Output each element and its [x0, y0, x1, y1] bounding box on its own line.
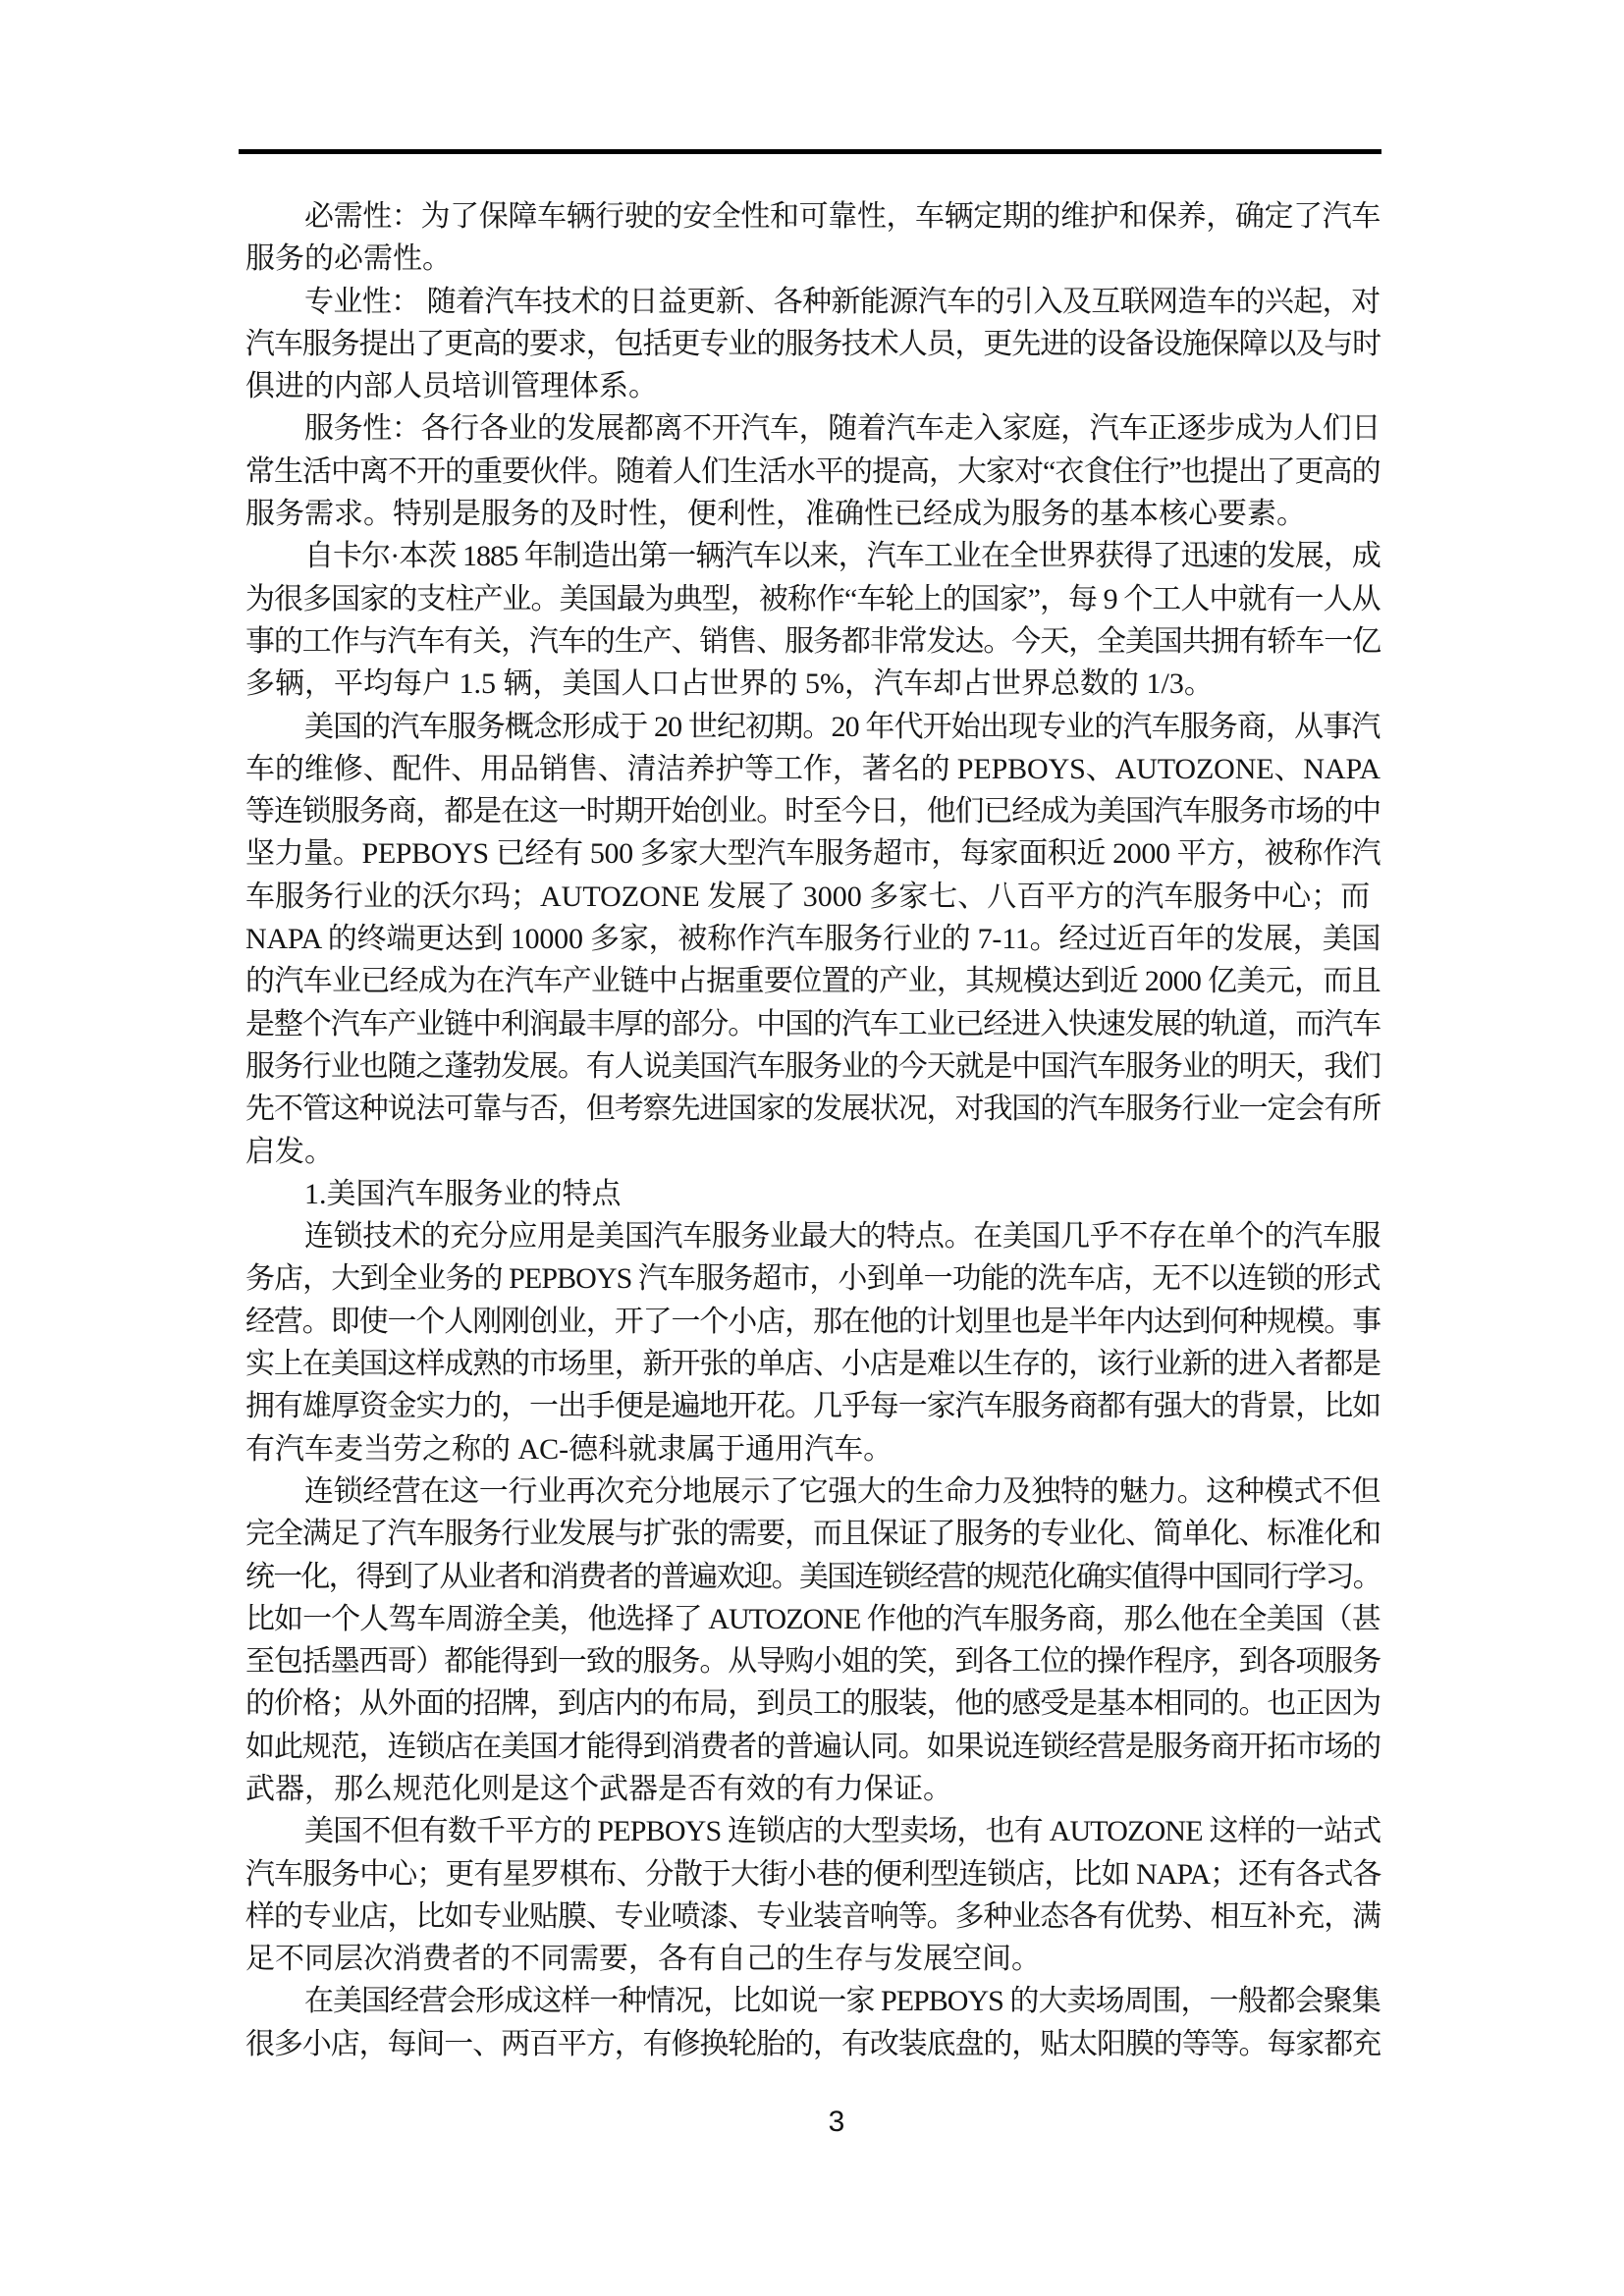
text-line: 经营。即使一个人刚刚创业，开了一个小店，那在他的计划里也是半年内达到何种规模。事: [245, 1301, 1380, 1343]
text-line: 俱进的内部人员培训管理体系。: [245, 365, 1380, 407]
text-line: 专业性： 随着汽车技术的日益更新、各种新能源汽车的引入及互联网造车的兴起，对: [245, 281, 1380, 323]
text-line: 1.美国汽车服务业的特点: [245, 1173, 1380, 1215]
text-line: 在美国经营会形成这样一种情况，比如说一家 PEPBOYS 的大卖场周围，一般都会…: [245, 1980, 1380, 2022]
text-line: 坚力量。PEPBOYS 已经有 500 多家大型汽车服务超市，每家面积近 200…: [245, 832, 1380, 875]
text-line: 启发。: [245, 1131, 1380, 1173]
text-line: 的汽车业已经成为在汽车产业链中占据重要位置的产业，其规模达到近 2000 亿美元…: [245, 960, 1380, 1002]
text-line: 汽车服务中心；更有星罗棋布、分散于大街小巷的便利型连锁店，比如 NAPA；还有各…: [245, 1853, 1380, 1896]
text-line: 很多小店，每间一、两百平方，有修换轮胎的，有改装底盘的，贴太阳膜的等等。每家都充: [245, 2023, 1380, 2065]
text-line: 先不管这种说法可靠与否，但考察先进国家的发展状况，对我国的汽车服务行业一定会有所: [245, 1088, 1380, 1130]
body-text: 必需性：为了保障车辆行驶的安全性和可靠性，车辆定期的维护和保养，确定了汽车服务的…: [245, 195, 1380, 2065]
text-line: 比如一个人驾车周游全美，他选择了 AUTOZONE 作他的汽车服务商，那么他在全…: [245, 1598, 1380, 1640]
text-line: 必需性：为了保障车辆行驶的安全性和可靠性，车辆定期的维护和保养，确定了汽车: [245, 195, 1380, 238]
text-line: 足不同层次消费者的不同需要，各有自己的生存与发展空间。: [245, 1938, 1380, 1980]
text-line: 拥有雄厚资金实力的，一出手便是遍地开花。几乎每一家汽车服务商都有强大的背景，比如: [245, 1385, 1380, 1427]
text-line: 车服务行业的沃尔玛；AUTOZONE 发展了 3000 多家七、八百平方的汽车服…: [245, 876, 1380, 918]
text-line: 汽车服务提出了更高的要求，包括更专业的服务技术人员，更先进的设备设施保障以及与时: [245, 323, 1380, 365]
text-line: 为很多国家的支柱产业。美国最为典型，被称作“车轮上的国家”，每 9 个工人中就有…: [245, 578, 1380, 620]
text-line: 实上在美国这样成熟的市场里，新开张的单店、小店是难以生存的，该行业新的进入者都是: [245, 1343, 1380, 1385]
page-number: 3: [265, 2101, 1408, 2143]
text-line: 多辆，平均每户 1.5 辆，美国人口占世界的 5%，汽车却占世界总数的 1/3。: [245, 663, 1380, 705]
text-line: 统一化，得到了从业者和消费者的普遍欢迎。美国连锁经营的规范化确实值得中国同行学习…: [245, 1556, 1380, 1598]
text-line: 武器，那么规范化则是这个武器是否有效的有力保证。: [245, 1768, 1380, 1810]
text-line: 至包括墨西哥）都能得到一致的服务。从导购小姐的笑，到各工位的操作程序，到各项服务: [245, 1640, 1380, 1682]
document-page: 必需性：为了保障车辆行驶的安全性和可靠性，车辆定期的维护和保养，确定了汽车服务的…: [0, 0, 1624, 2296]
text-line: 连锁技术的充分应用是美国汽车服务业最大的特点。在美国几乎不存在单个的汽车服: [245, 1215, 1380, 1257]
text-line: 事的工作与汽车有关，汽车的生产、销售、服务都非常发达。今天，全美国共拥有轿车一亿: [245, 620, 1380, 663]
text-line: 服务行业也随之蓬勃发展。有人说美国汽车服务业的今天就是中国汽车服务业的明天，我们: [245, 1045, 1380, 1088]
text-line: 服务需求。特别是服务的及时性，便利性，准确性已经成为服务的基本核心要素。: [245, 493, 1380, 535]
text-line: 美国的汽车服务概念形成于 20 世纪初期。20 年代开始出现专业的汽车服务商，从…: [245, 706, 1380, 748]
text-line: 车的维修、配件、用品销售、清洁养护等工作，著名的 PEPBOYS、AUTOZON…: [245, 748, 1380, 790]
text-line: 服务性：各行各业的发展都离不开汽车，随着汽车走入家庭，汽车正逐步成为人们日: [245, 407, 1380, 450]
text-line: 常生活中离不开的重要伙伴。随着人们生活水平的提高，大家对“衣食住行”也提出了更高…: [245, 451, 1380, 493]
text-line: 务店，大到全业务的 PEPBOYS 汽车服务超市，小到单一功能的洗车店，无不以连…: [245, 1257, 1380, 1300]
text-line: 等连锁服务商，都是在这一时期开始创业。时至今日，他们已经成为美国汽车服务市场的中: [245, 790, 1380, 832]
text-line: 完全满足了汽车服务行业发展与扩张的需要，而且保证了服务的专业化、简单化、标准化和: [245, 1513, 1380, 1555]
text-line: 服务的必需性。: [245, 238, 1380, 280]
text-line: 有汽车麦当劳之称的 AC-德科就隶属于通用汽车。: [245, 1428, 1380, 1470]
text-line: 自卡尔·本茨 1885 年制造出第一辆汽车以来，汽车工业在全世界获得了迅速的发展…: [245, 535, 1380, 577]
text-line: 的价格；从外面的招牌，到店内的布局，到员工的服装，他的感受是基本相同的。也正因为: [245, 1682, 1380, 1725]
text-line: 样的专业店，比如专业贴膜、专业喷漆、专业装音响等。多种业态各有优势、相互补充，满: [245, 1896, 1380, 1938]
text-line: 美国不但有数千平方的 PEPBOYS 连锁店的大型卖场，也有 AUTOZONE …: [245, 1810, 1380, 1852]
text-line: 连锁经营在这一行业再次充分地展示了它强大的生命力及独特的魅力。这种模式不但: [245, 1470, 1380, 1513]
header-rule: [239, 149, 1381, 154]
text-line: NAPA 的终端更达到 10000 多家，被称作汽车服务行业的 7-11。经过近…: [245, 918, 1380, 960]
text-line: 是整个汽车产业链中利润最丰厚的部分。中国的汽车工业已经进入快速发展的轨道，而汽车: [245, 1003, 1380, 1045]
text-line: 如此规范，连锁店在美国才能得到消费者的普遍认同。如果说连锁经营是服务商开拓市场的: [245, 1726, 1380, 1768]
